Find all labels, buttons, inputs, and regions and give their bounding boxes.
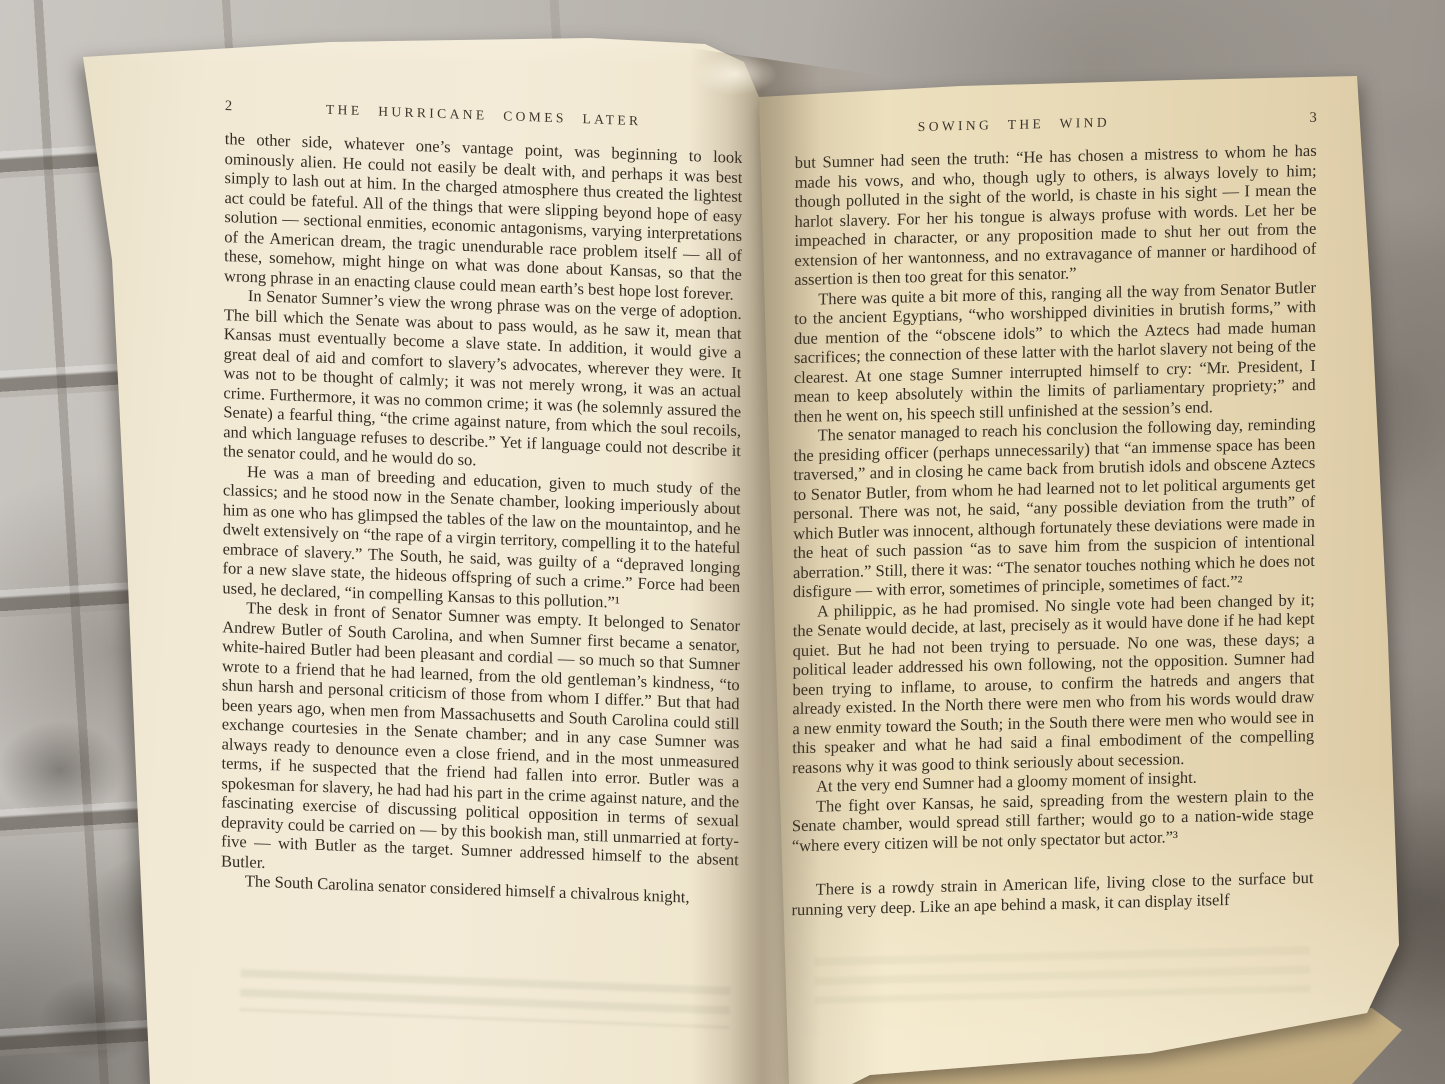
paragraph: A philippic, as he had promised. No sing… xyxy=(792,589,1315,777)
paragraph: The fight over Kansas, he said, spreadin… xyxy=(792,784,1314,855)
paragraph: There was quite a bit more of this, rang… xyxy=(794,277,1316,426)
running-title-right: SOWING THE WIND xyxy=(795,112,1233,138)
right-running-head: SOWING THE WIND 3 xyxy=(795,110,1317,140)
book-page-right: SOWING THE WIND 3 but Sumner had seen th… xyxy=(0,0,1445,1084)
show-through-text xyxy=(815,946,1311,1004)
ink-speck xyxy=(770,893,774,896)
ink-speck xyxy=(780,924,783,927)
paragraph: but Sumner had seen the truth: “He has c… xyxy=(794,141,1316,290)
right-page-shadow: SOWING THE WIND 3 but Sumner had seen th… xyxy=(0,0,1445,1084)
page-number-right: 3 xyxy=(1275,110,1317,128)
right-page-body: but Sumner had seen the truth: “He has c… xyxy=(792,141,1317,920)
paragraph: There is a rowdy strain in American life… xyxy=(792,868,1314,919)
right-page-text: SOWING THE WIND 3 but Sumner had seen th… xyxy=(792,110,1317,920)
ink-speck xyxy=(768,778,772,782)
ink-speck xyxy=(777,862,780,865)
paragraph: The senator managed to reach his conclus… xyxy=(793,414,1316,602)
ink-speck xyxy=(775,806,778,809)
book-photo: 2 THE HURRICANE COMES LATER the other si… xyxy=(0,0,1445,1084)
ink-speck xyxy=(766,838,769,842)
